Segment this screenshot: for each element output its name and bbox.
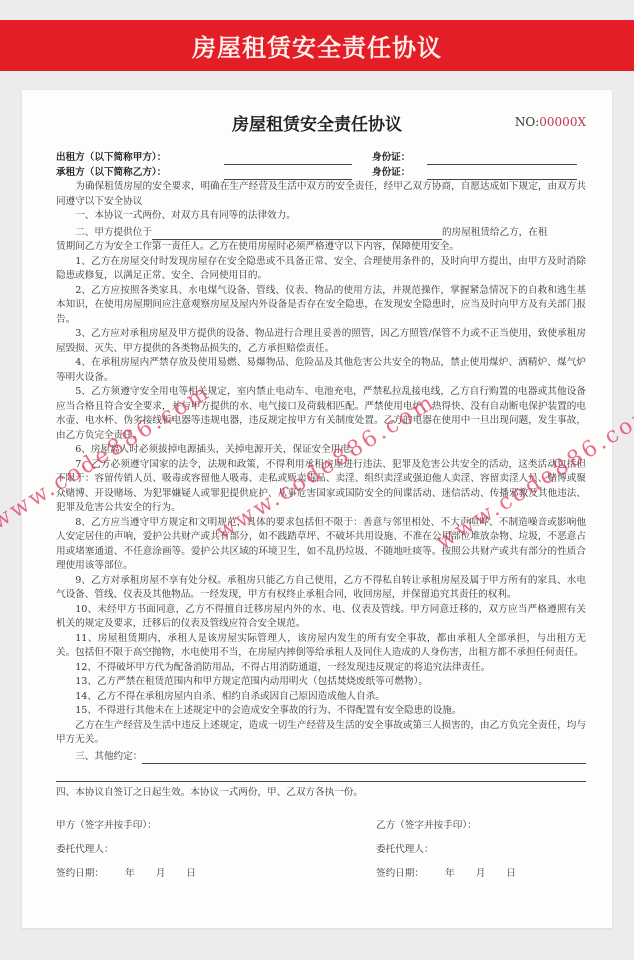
lessee-id-label: 身份证： (372, 166, 427, 181)
signature-area: 甲方（签字并按手印）： 委托代理人： 签约日期： 年 月 日 乙方（签字并按手印… (56, 819, 586, 909)
lessor-name-field[interactable] (224, 154, 352, 165)
clause-15: 15、不得进行其他未在上述规定中的会造成安全事故的行为、不得配置有安全隐患的设施… (56, 704, 586, 719)
clause-6: 6、房屋离人时必须拔掉电源插头，关掉电源开关，保证安全用电。 (56, 443, 586, 458)
section-2-continued: 赁期间乙方为安全工作第一责任人。乙方在使用房屋时必须严格遵守以下内容，保障使用安… (56, 240, 586, 255)
clause-5: 5、乙方须遵守安全用电等相关规定，室内禁止电动车、电池充电，严禁私拉乱接电线，乙… (56, 385, 586, 443)
clause-2: 2、乙方应按照各类家具、水电煤气设备、管线、仪表、物品的使用方法，并规范操作，掌… (56, 284, 586, 328)
clause-1: 1、乙方在房屋交付时发现房屋存在安全隐患或不具备正常、安全、合理使用条件的，及时… (56, 255, 586, 284)
agreement-body: 出租方（以下简称甲方）： 身份证： 承租方（以下简称乙方）： 身份证： 为确保租… (56, 150, 586, 909)
document-number-label: NO: (515, 115, 539, 129)
section-4: 四、本协议自签订之日起生效。本协议一式两份，甲、乙双方各执一份。 (56, 786, 586, 801)
lessee-row: 承租方（以下简称乙方）： 身份证： (56, 165, 586, 180)
section-1: 一、本协议一式两份、对双方具有同等的法律效力。 (56, 209, 586, 224)
section-2-prefix: 二、甲方提供位于 (75, 226, 152, 241)
party-b-agent-label[interactable]: 委托代理人： (376, 843, 596, 867)
lessor-row: 出租方（以下简称甲方）： 身份证： (56, 150, 586, 165)
party-b-day: 日 (506, 868, 516, 879)
clause-8: 8、乙方应当遵守甲方规定和文明规范，具体的要求包括但不限于：善意与邻里相处、不大… (56, 516, 586, 574)
party-a-year: 年 (125, 868, 135, 879)
section-3-label: 三、其他约定： (75, 750, 142, 765)
clause-12: 12、不得破坏甲方代为配备消防用品，不得占用消防通道，一经发现违反规定的将追究法… (56, 661, 586, 676)
lessor-id-label: 身份证： (372, 151, 427, 166)
other-terms-field-line-2[interactable] (56, 766, 586, 782)
clause-13: 13、乙方严禁在租赁范围内和甲方规定范围内动用明火（包括焚烧废纸等可燃物）。 (56, 675, 586, 690)
party-b-date-label: 签约日期： (376, 868, 424, 879)
banner-title: 房屋租赁安全责任协议 (192, 28, 442, 63)
clause-14: 14、乙方不得在承租房屋内自杀、相约自杀或因自己原因造成他人自杀。 (56, 690, 586, 705)
property-address-field[interactable] (152, 229, 442, 240)
party-a-date-row[interactable]: 签约日期： 年 月 日 (56, 867, 276, 891)
party-b-month: 月 (476, 868, 486, 879)
document-number: NO:00000X (515, 115, 586, 129)
intro-paragraph: 为确保租赁房屋的安全要求，明确在生产经营及生活中双方的安全责任，经甲乙双方协商，… (56, 180, 586, 209)
party-a-date-label: 签约日期： (56, 868, 104, 879)
clause-7: 7、乙方必须遵守国家的法令，法规和政策，不得利用承租房屋进行违法、犯罪及危害公共… (56, 458, 586, 516)
lessor-id-field[interactable] (427, 154, 577, 165)
party-a-day: 日 (186, 868, 196, 879)
party-b-year: 年 (445, 868, 455, 879)
clause-9: 9、乙方对承租房屋不享有处分权。承租房只能乙方自己使用，乙方不得私自转让承租房屋… (56, 574, 586, 603)
clause-10: 10、未经甲方书面同意，乙方不得擅自迁移房屋内外的水、电、仪表及管线。甲方同意迁… (56, 603, 586, 632)
clause-11: 11、房屋租赁期内，承租人是该房屋实际管理人，该房屋内发生的所有安全事故，都由承… (56, 632, 586, 661)
section-3-line: 三、其他约定： (56, 750, 586, 765)
header-banner: 房屋租赁安全责任协议 (0, 20, 634, 71)
party-a-sign-label[interactable]: 甲方（签字并按手印）： (56, 819, 276, 843)
agreement-page: 房屋租赁安全责任协议 NO:00000X 出租方（以下简称甲方）： 身份证： 承… (22, 90, 612, 928)
section-2-line: 二、甲方提供位于 的房屋租赁给乙方，在租 (56, 226, 586, 241)
clause-4: 4、在承租房屋内严禁存放及使用易燃、易爆物品、危险品及其他危害公共安全的物品，禁… (56, 356, 586, 385)
lessee-name-field[interactable] (224, 169, 352, 180)
party-a-signature: 甲方（签字并按手印）： 委托代理人： 签约日期： 年 月 日 (56, 819, 276, 891)
party-b-sign-label[interactable]: 乙方（签字并按手印）： (376, 819, 596, 843)
clause-3: 3、乙方应对承租房屋及甲方提供的设备、物品进行合理且妥善的照管，因乙方照管/保管… (56, 327, 586, 356)
party-a-month: 月 (156, 868, 166, 879)
lessor-label: 出租方（以下简称甲方）： (56, 151, 224, 166)
party-b-signature: 乙方（签字并按手印）： 委托代理人： 签约日期： 年 月 日 (376, 819, 596, 891)
lessee-id-field[interactable] (427, 169, 577, 180)
lessee-label: 承租方（以下简称乙方）： (56, 166, 224, 181)
document-number-value: 00000X (539, 115, 586, 129)
other-terms-field[interactable] (142, 753, 586, 764)
party-a-agent-label[interactable]: 委托代理人： (56, 843, 276, 867)
closing-paragraph: 乙方在生产经营及生活中违反上述规定，造成一切生产经营及生活的安全事故或第三人损害… (56, 719, 586, 748)
party-b-date-row[interactable]: 签约日期： 年 月 日 (376, 867, 596, 891)
section-2-suffix: 的房屋租赁给乙方，在租 (442, 226, 548, 241)
